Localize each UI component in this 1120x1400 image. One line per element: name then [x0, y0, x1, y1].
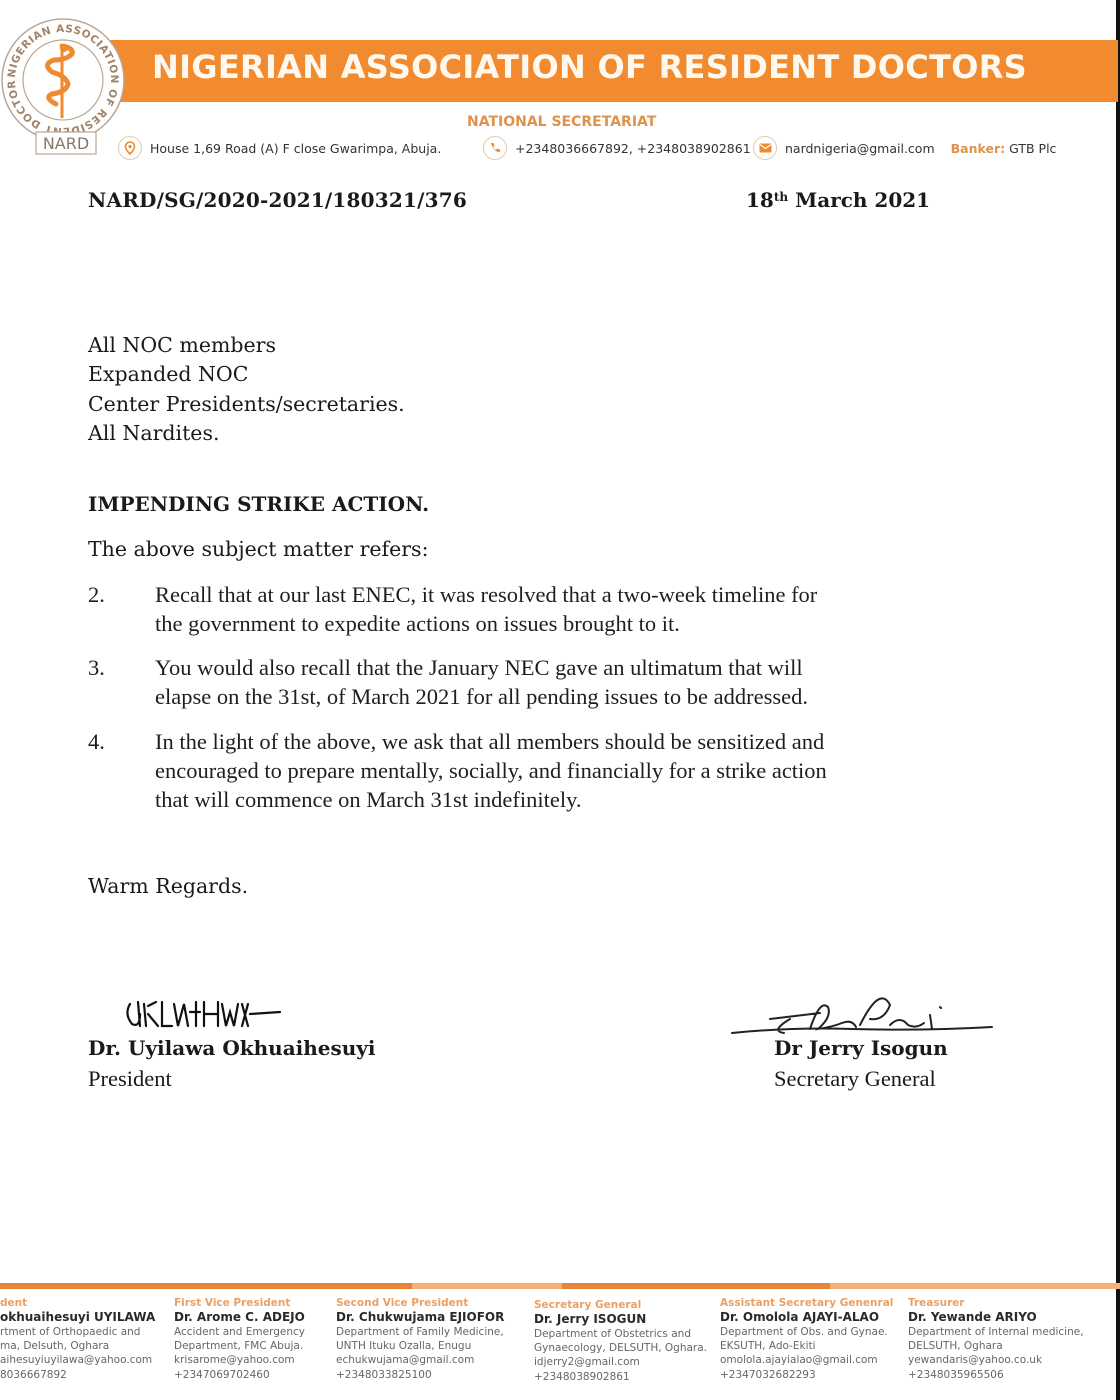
page-edge: [1116, 0, 1120, 1400]
secretariat-label: NATIONAL SECRETARIAT: [467, 114, 656, 130]
secretary-name: Dr Jerry Isogun: [774, 1036, 948, 1060]
envelope-icon: [753, 136, 777, 160]
email-contact: nardnigeria@gmail.com Banker: GTB Plc: [753, 134, 1056, 162]
reference-number: NARD/SG/2020-2021/180321/376: [88, 188, 467, 212]
recipient-line: All Nardites.: [88, 419, 405, 448]
banker-label: Banker:: [951, 141, 1005, 156]
subject-heading: IMPENDING STRIKE ACTION.: [88, 492, 429, 516]
officer-treasurer: Treasurer Dr. Yewande ARIYO Department o…: [908, 1297, 1084, 1382]
president-role: President: [88, 1066, 172, 1092]
officer-secretary-general: Secretary General Dr. Jerry ISOGUN Depar…: [534, 1299, 707, 1384]
closing: Warm Regards.: [88, 874, 248, 898]
org-name: NIGERIAN ASSOCIATION OF RESIDENT DOCTORS: [152, 48, 1027, 86]
address-contact: House 1,69 Road (A) F close Gwarimpa, Ab…: [118, 134, 441, 162]
officer-president: dent okhuaihesuyi UYILAWA rtment of Orth…: [0, 1297, 155, 1382]
officer-second-vice-president: Second Vice President Dr. Chukwujama EJI…: [336, 1297, 504, 1382]
officer-assistant-secretary-general: Assistant Secretary Genenral Dr. Omolola…: [720, 1297, 893, 1382]
phone-icon: [483, 136, 507, 160]
address-text: House 1,69 Road (A) F close Gwarimpa, Ab…: [150, 141, 441, 156]
footer-bar-segment: [830, 1283, 1120, 1289]
footer-bar-segment: [412, 1283, 562, 1289]
lead-sentence: The above subject matter refers:: [88, 537, 428, 561]
secretary-role: Secretary General: [774, 1066, 936, 1092]
recipient-line: Expanded NOC: [88, 360, 405, 389]
recipient-line: All NOC members: [88, 331, 405, 360]
phone-contact: +2348036667892, +2348038902861: [483, 134, 751, 162]
phone-text: +2348036667892, +2348038902861: [515, 141, 751, 156]
president-name: Dr. Uyilawa Okhuaihesuyi: [88, 1036, 376, 1060]
banker-value: GTB Plc: [1009, 141, 1056, 156]
svg-text:NARD: NARD: [43, 134, 89, 153]
footer-bar-segment: [0, 1283, 412, 1289]
email-text: nardnigeria@gmail.com: [785, 141, 935, 156]
recipient-line: Center Presidents/secretaries.: [88, 390, 405, 419]
location-pin-icon: [118, 136, 142, 160]
president-signature-icon: [124, 996, 284, 1032]
officer-first-vice-president: First Vice President Dr. Arome C. ADEJO …: [174, 1297, 305, 1382]
recipients-block: All NOC members Expanded NOC Center Pres…: [88, 331, 405, 448]
footer-bar-segment: [562, 1283, 830, 1289]
letter-date: 18th March 2021: [746, 188, 930, 212]
nard-logo-icon: NIGERIAN ASSOCIATION OF RESIDENT DOCTORS…: [0, 6, 126, 156]
